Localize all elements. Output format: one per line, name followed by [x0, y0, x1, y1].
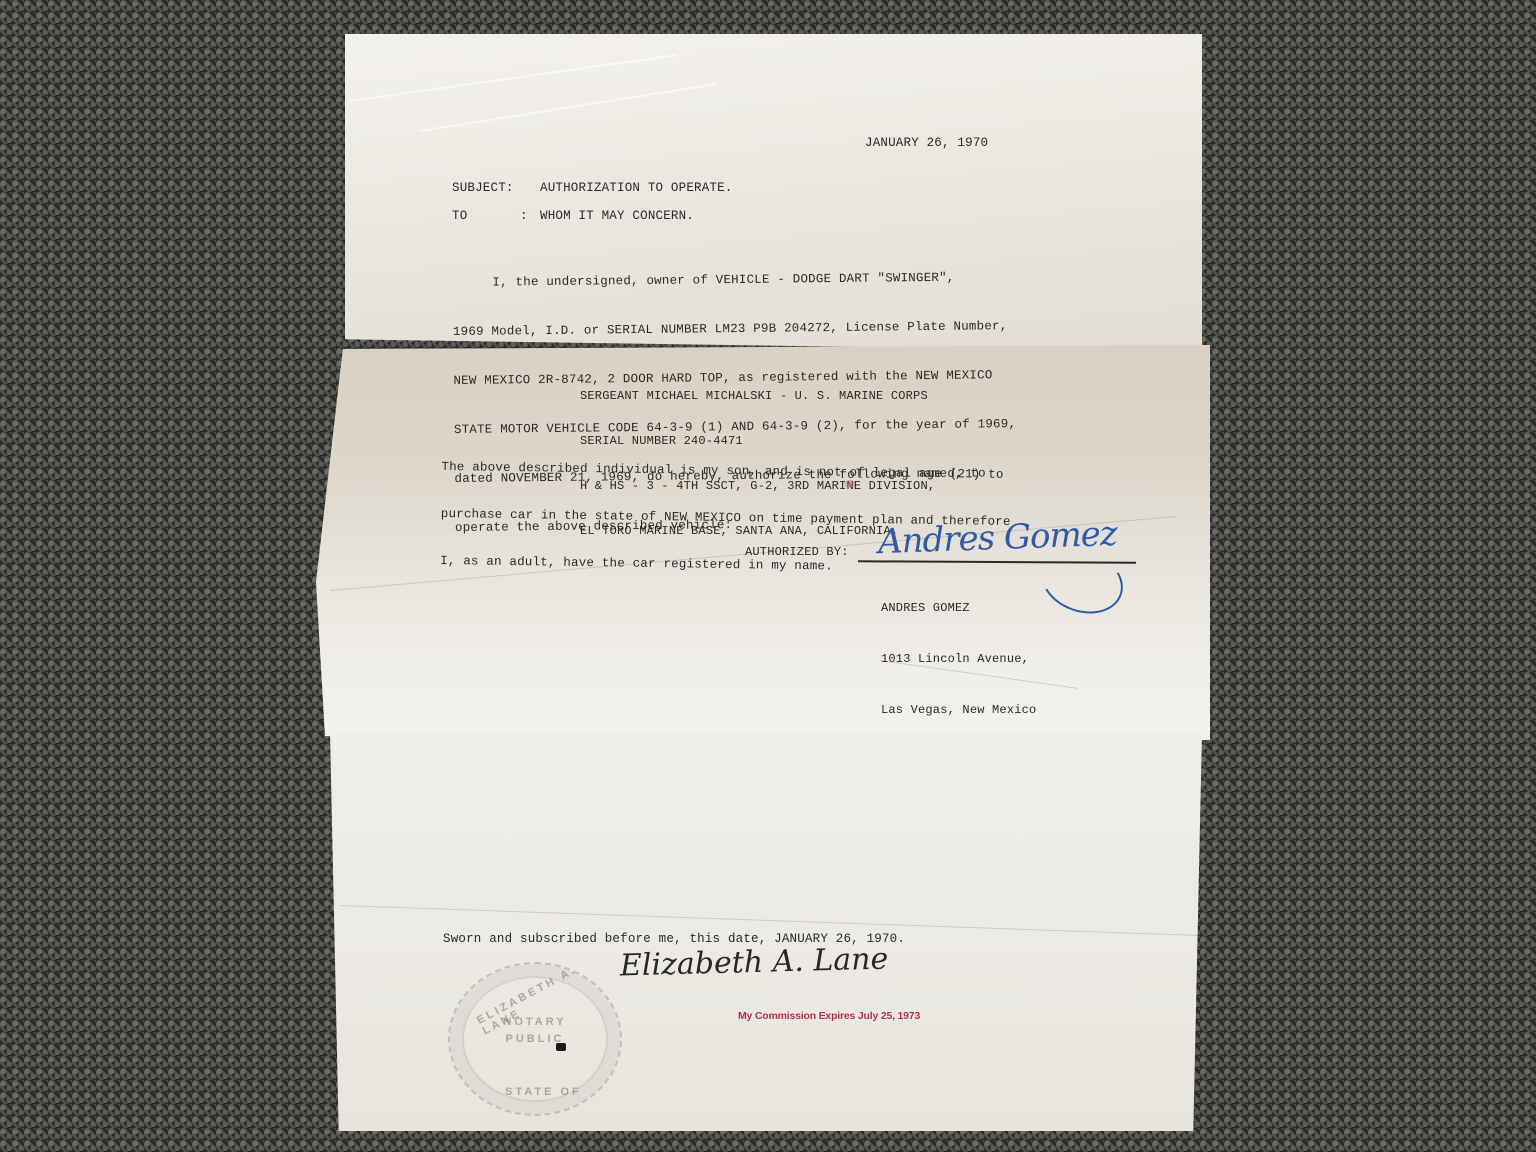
subject-value: AUTHORIZATION TO OPERATE.: [540, 180, 733, 196]
to-value: WHOM IT MAY CONCERN.: [540, 208, 694, 224]
ink-smudge: [845, 480, 855, 488]
subject-label: SUBJECT:: [452, 180, 514, 196]
signer-block: ANDRES GOMEZ 1013 Lincoln Avenue, Las Ve…: [881, 566, 1036, 736]
punch-hole: [556, 1043, 566, 1051]
to-colon: :: [520, 208, 528, 224]
commission-expiry-stamp: My Commission Expires July 25, 1973: [738, 1010, 920, 1022]
paragraph-line: The above described individual is my son…: [441, 459, 1011, 482]
notary-seal-emboss: ELIZABETH A. LANE NOTARY PUBLIC STATE OF: [448, 962, 622, 1116]
letter-date: JANUARY 26, 1970: [865, 135, 988, 151]
signer-address-line: Las Vegas, New Mexico: [881, 702, 1036, 719]
signer-address-line: 1013 Lincoln Avenue,: [881, 651, 1036, 668]
paragraph-line: I, the undersigned, owner of VEHICLE - D…: [452, 269, 1014, 292]
addressee-line: SERGEANT MICHAEL MICHALSKI - U. S. MARIN…: [580, 389, 935, 404]
notary-signature: Elizabeth A. Lane: [620, 941, 889, 983]
paragraph-line: 1969 Model, I.D. or SERIAL NUMBER LM23 P…: [453, 318, 1015, 341]
seal-center-line: NOTARY: [500, 1014, 570, 1031]
to-label: TO: [452, 208, 467, 224]
signer-name: ANDRES GOMEZ: [881, 600, 1036, 617]
seal-ring-bottom-text: STATE OF: [505, 1086, 582, 1098]
authorized-by-label: AUTHORIZED BY:: [745, 544, 849, 560]
